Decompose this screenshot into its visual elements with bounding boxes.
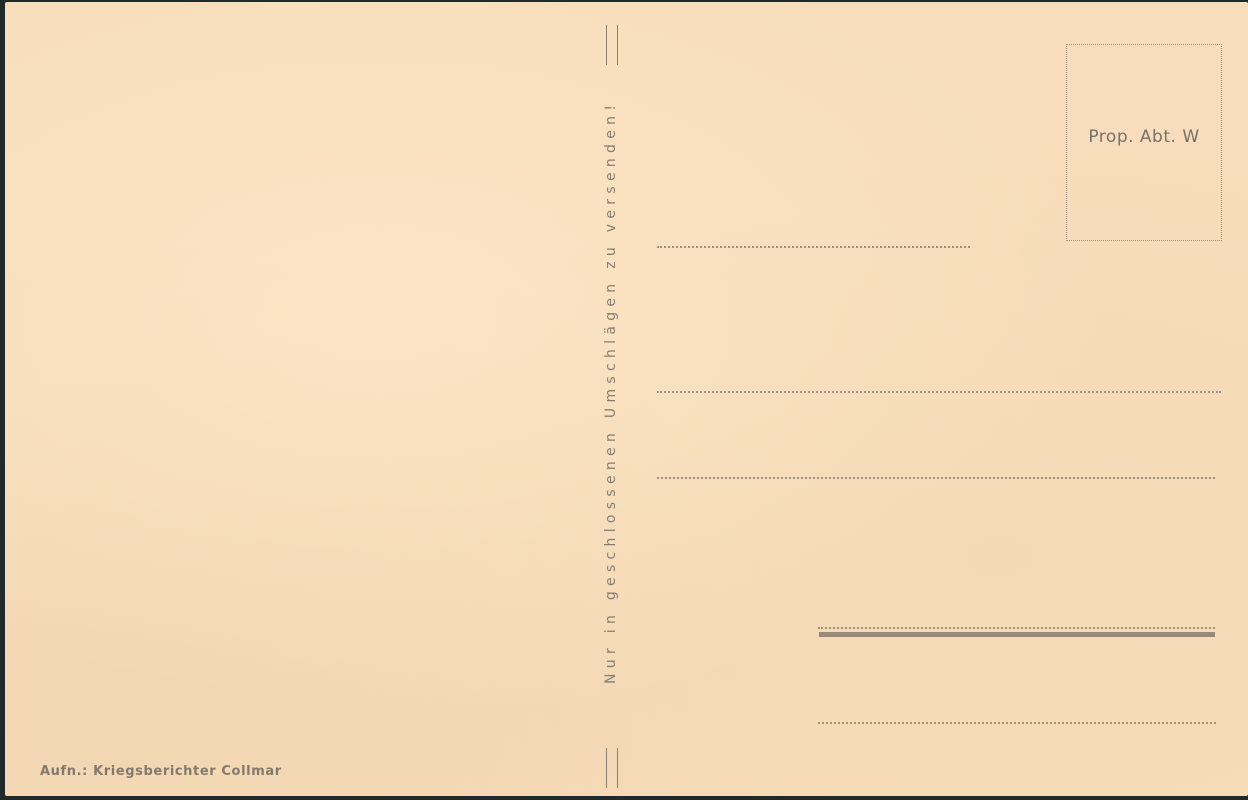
stamp-box: Prop. Abt. W	[1066, 44, 1222, 241]
divider-text: Nur in geschlossenen Umschlägen zu verse…	[603, 42, 623, 742]
address-line-3	[657, 477, 1215, 479]
postcard-back: Nur in geschlossenen Umschlägen zu verse…	[5, 2, 1248, 796]
address-underline-rule	[819, 632, 1215, 637]
address-line-2	[657, 391, 1221, 393]
address-line-1	[657, 246, 970, 248]
address-line-4	[818, 627, 1215, 629]
photo-credit: Aufn.: Kriegsberichter Collmar	[40, 764, 282, 779]
divider-bottom-rule	[606, 748, 618, 788]
address-line-5	[818, 722, 1216, 724]
stamp-box-label: Prop. Abt. W	[1067, 127, 1221, 147]
